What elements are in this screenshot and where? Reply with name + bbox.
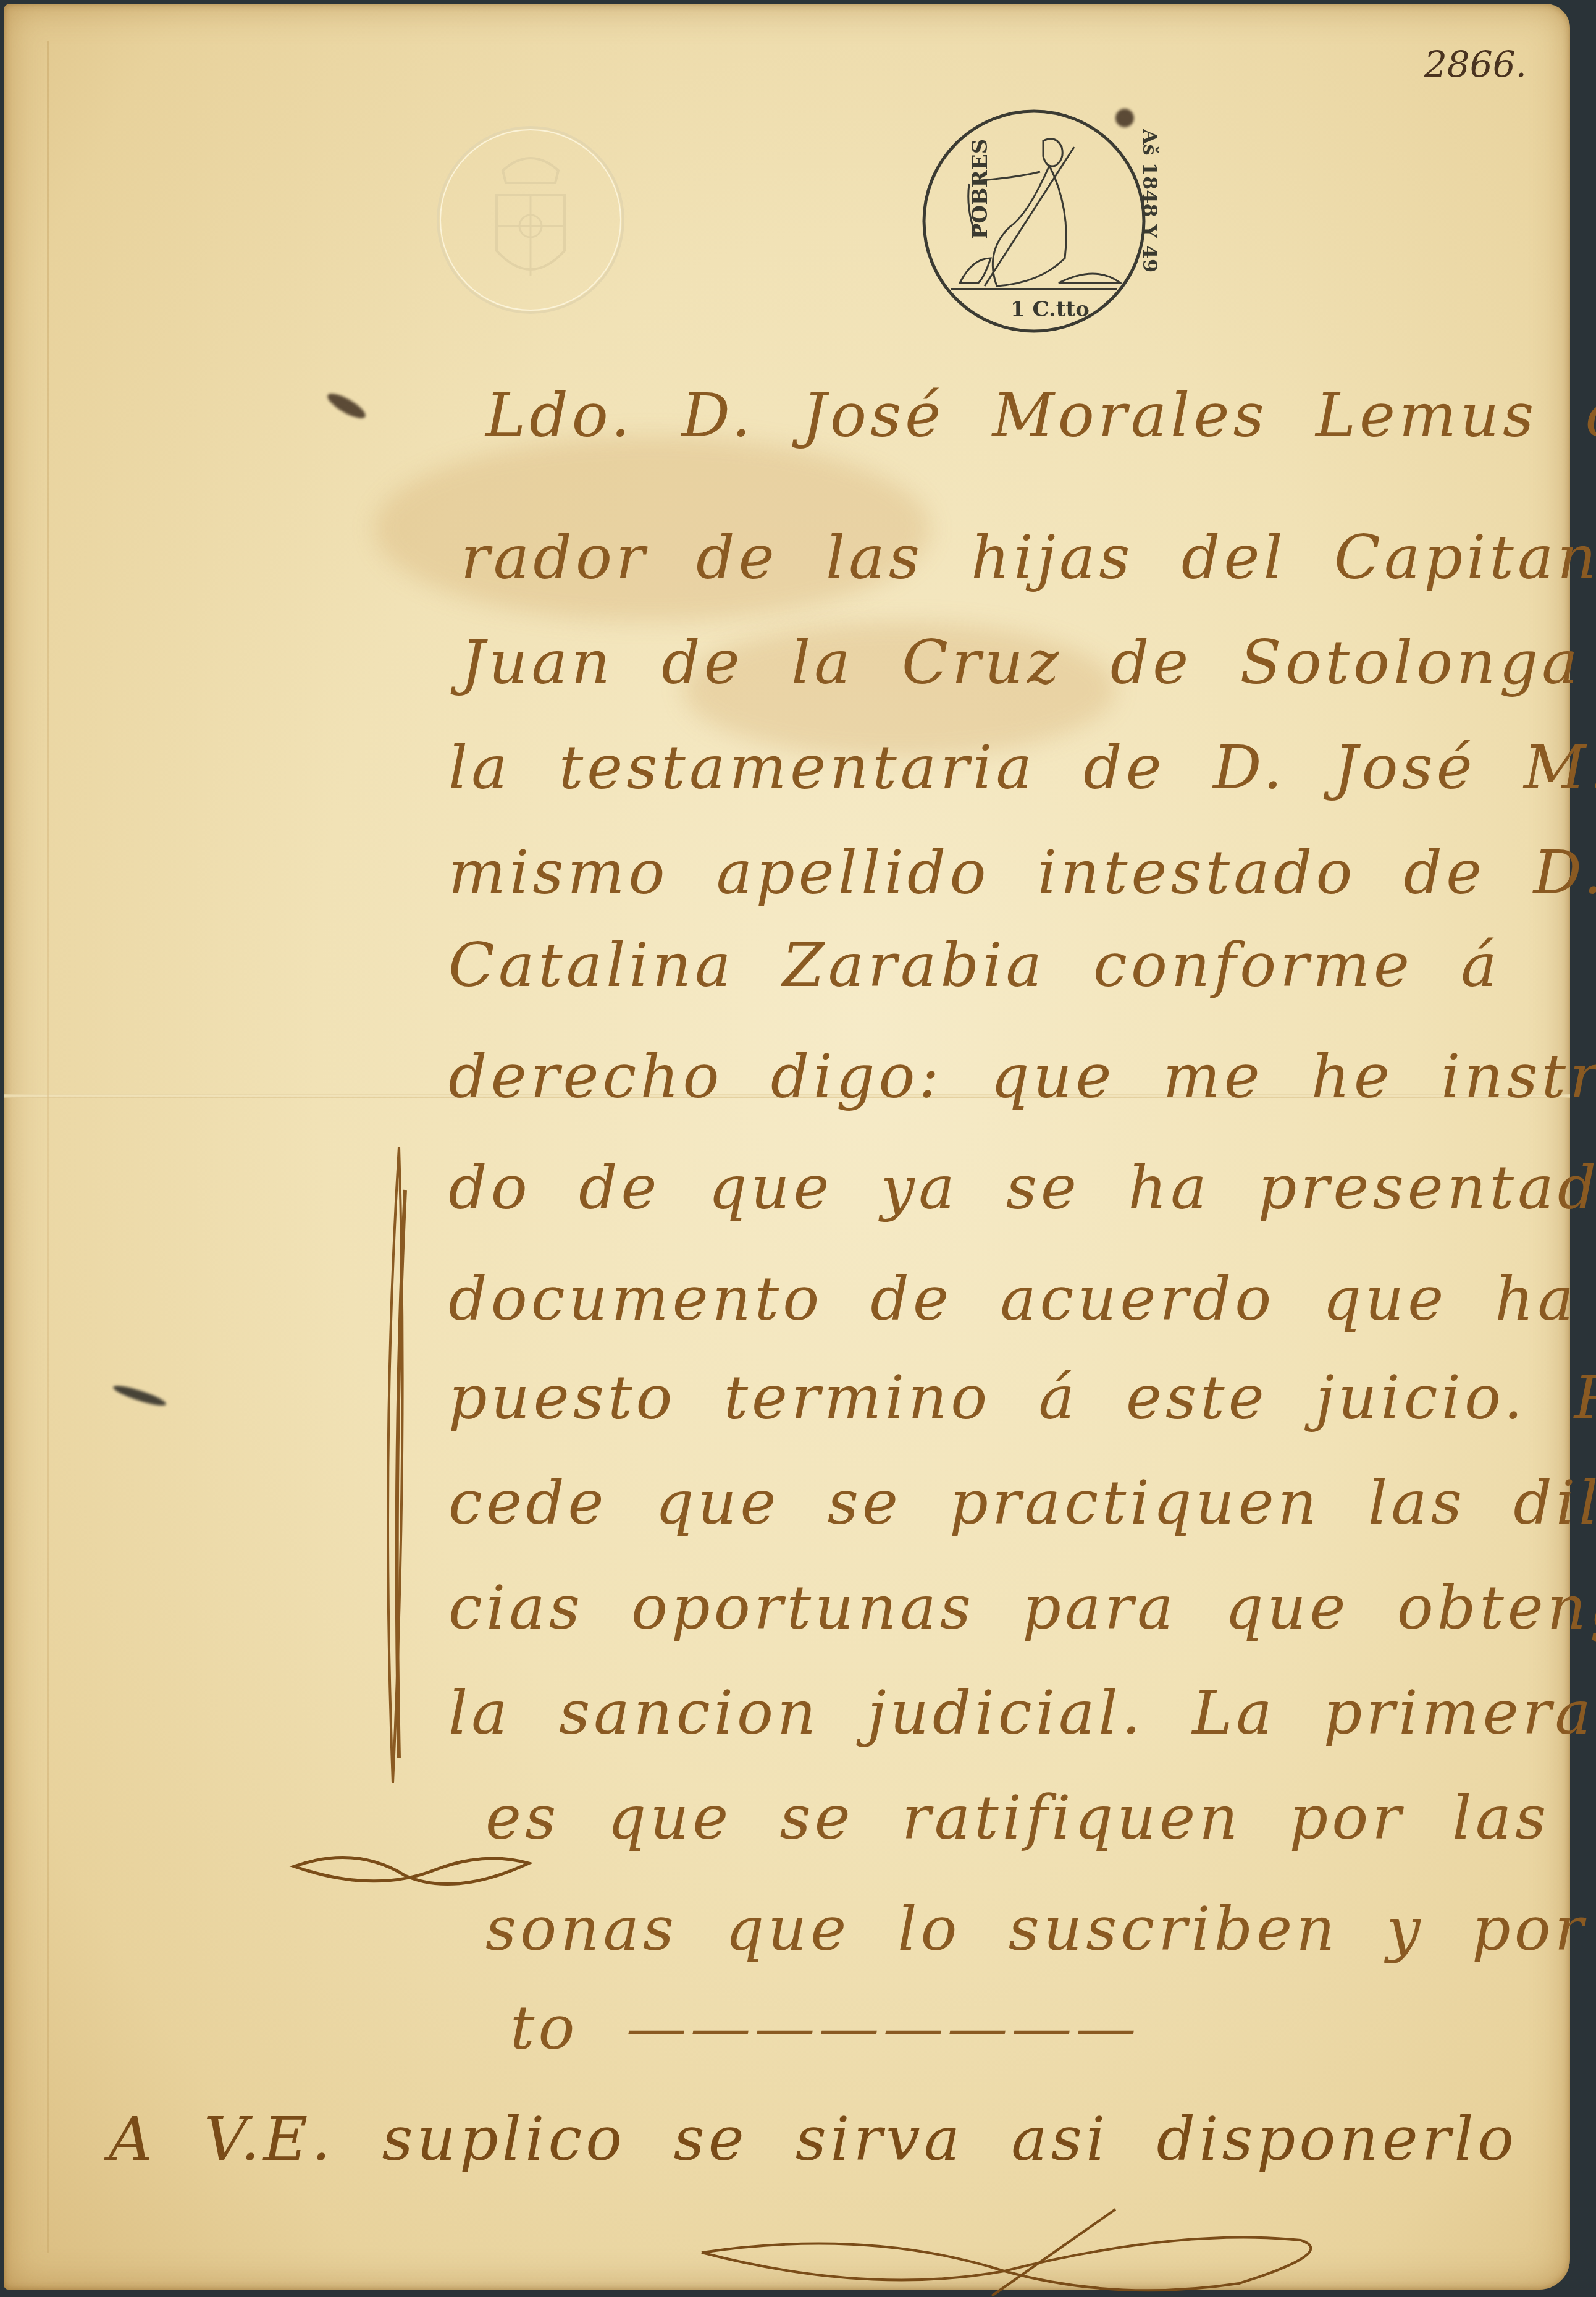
text-line: to ———————— [510,1993,1140,2063]
text-line: rador de las hijas del Capitan Don [461,523,1596,593]
text-line: Ldo. D. José Morales Lemus cu- [485,381,1596,451]
ink-blot [1115,109,1134,127]
text-line: cede que se practiquen las diligen- [448,1468,1596,1538]
text-line: mismo apellido intestado de D.a [448,838,1596,908]
text-line: derecho digo: que me he instrui- [448,1042,1596,1112]
margin-bracket-flourish-icon [374,1140,424,1795]
text-line: Catalina Zarabia conforme á [448,930,1501,1001]
text-line: la sancion judicial. La primera [448,1678,1595,1748]
handwritten-text-body: Ldo. D. José Morales Lemus cu- rador de … [4,4,1570,2290]
text-line: la testamentaria de D. José M.a del [448,733,1596,803]
text-line: documento de acuerdo que ha [448,1264,1577,1334]
text-line: es que se ratifiquen por las per- [485,1783,1596,1853]
text-line-closing: A V.E. suplico se sirva asi disponerlo [109,2104,1518,2175]
text-line: sonas que lo suscriben y por tan- [485,1894,1596,1965]
text-line: cias oportunas para que obtenga [448,1573,1596,1643]
signature-flourish-icon [683,2203,1363,2297]
text-line: Juan de la Cruz de Sotolonga en [461,628,1596,698]
text-line: do de que ya se ha presentado el [448,1153,1596,1223]
rubric-flourish-icon [282,1839,541,1900]
manuscript-page: 2866. POBRES Aš 1848 Y 49 1 C.tto Ldo. D… [4,4,1570,2290]
text-line: puesto termino á este juicio. Pro [448,1363,1596,1433]
